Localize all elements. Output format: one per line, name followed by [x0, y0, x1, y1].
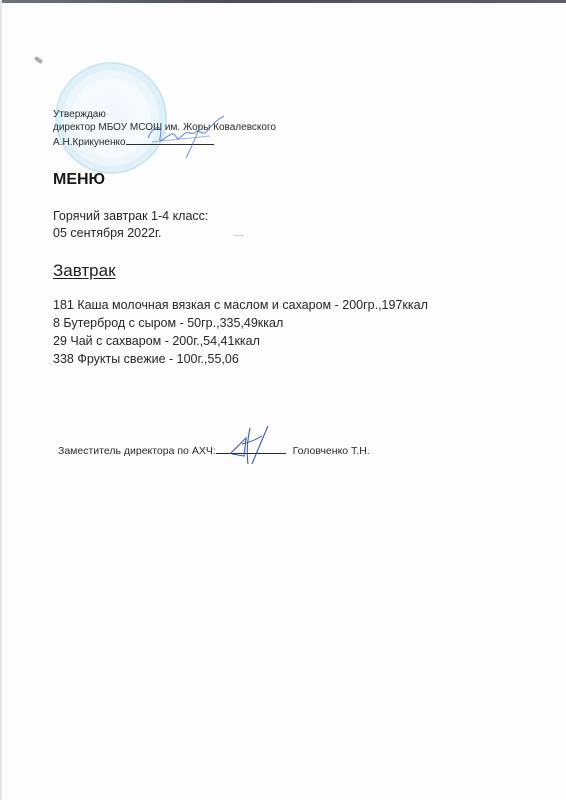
menu-item: 29 Чай с сахваром - 200г.,54,41ккал	[53, 332, 428, 350]
scan-top-edge	[0, 0, 566, 3]
approval-signatory: А.Н.Крикуненко	[53, 134, 276, 149]
section-heading-breakfast: Завтрак	[53, 261, 116, 281]
signature-line	[216, 443, 286, 454]
deputy-signature-block: Заместитель директора по АХЧ: Головченко…	[58, 443, 370, 457]
deputy-name: Головченко Т.Н.	[293, 445, 370, 457]
menu-list: 181 Каша молочная вязкая с маслом и саха…	[53, 296, 428, 368]
page-title: МЕНЮ	[53, 171, 105, 189]
approval-block: Утверждаю директор МБОУ МСОШ им. Жоры Ко…	[53, 108, 276, 149]
menu-item: 181 Каша молочная вязкая с маслом и саха…	[53, 296, 428, 314]
approval-position: директор МБОУ МСОШ им. Жоры Ковалевского	[53, 121, 276, 134]
scan-mark	[234, 235, 244, 236]
menu-subtitle: Горячий завтрак 1-4 класс: 05 сентября 2…	[53, 208, 208, 242]
scan-left-edge	[0, 0, 2, 800]
deputy-position: Заместитель директора по АХЧ:	[58, 445, 216, 457]
menu-item: 8 Бутерброд с сыром - 50гр.,335,49ккал	[53, 314, 428, 332]
menu-date: 05 сентября 2022г.	[53, 225, 208, 242]
menu-audience: Горячий завтрак 1-4 класс:	[53, 208, 208, 225]
signature-line	[126, 134, 214, 145]
approval-signatory-name: А.Н.Крикуненко	[53, 137, 126, 148]
menu-item: 338 Фрукты свежие - 100г.,55,06	[53, 350, 428, 368]
scan-speck	[34, 56, 44, 64]
approval-label: Утверждаю	[53, 108, 276, 121]
